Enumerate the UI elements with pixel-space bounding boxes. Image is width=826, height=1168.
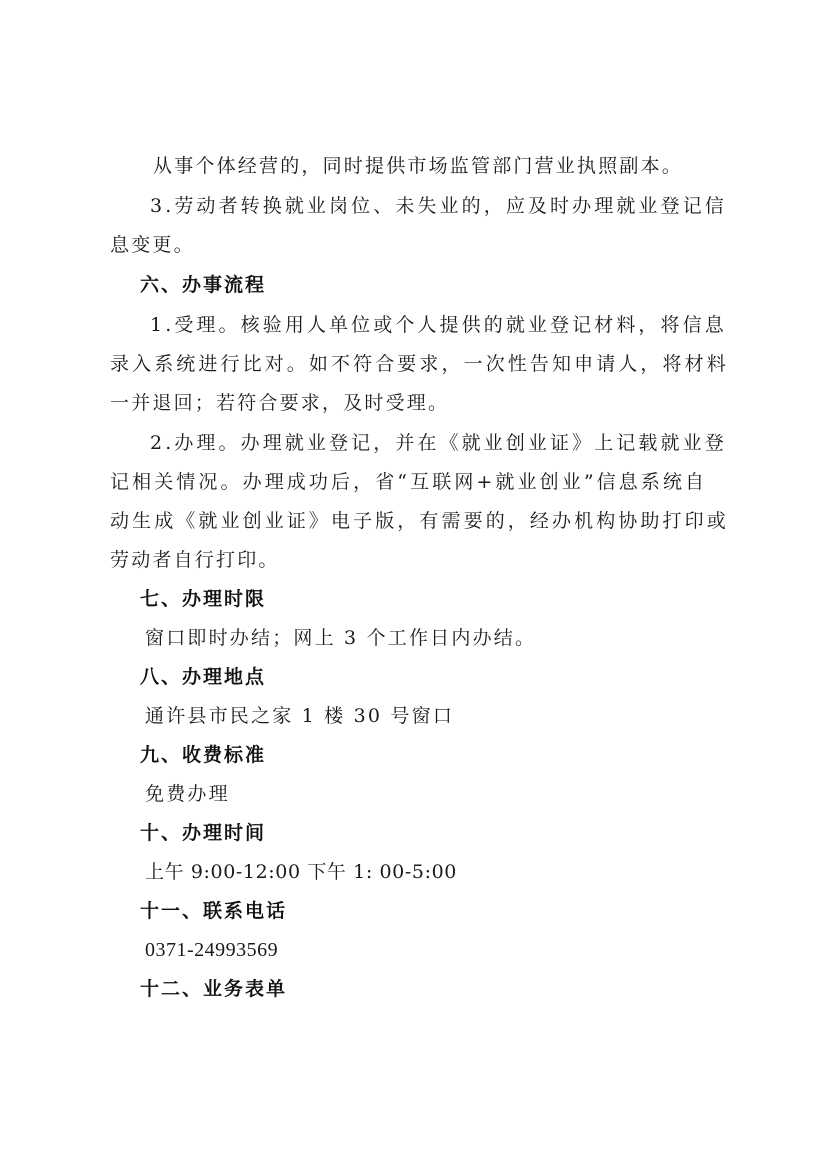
section-heading-fees: 九、收费标准: [140, 743, 266, 767]
phone-number: 0371-24993569: [145, 938, 278, 962]
section-heading-hours: 十、办理时间: [140, 821, 266, 845]
paragraph-line: 记相关情况。办理成功后，省“互联网+就业创业”信息系统自: [110, 470, 707, 494]
paragraph-line: 劳动者自行打印。: [110, 548, 280, 572]
paragraph-line: 录入系统进行比对。如不符合要求，一次性告知申请人，将材料: [110, 352, 729, 376]
time-limit-text: 窗口即时办结；网上 3 个工作日内办结。: [145, 626, 536, 650]
section-heading-procedure: 六、办事流程: [140, 273, 266, 297]
section-heading-time-limit: 七、办理时限: [140, 587, 266, 611]
paragraph-line: 一并退回；若符合要求，及时受理。: [110, 391, 449, 415]
paragraph-line: 动生成《就业创业证》电子版，有需要的，经办机构协助打印或: [110, 509, 729, 533]
paragraph-line: 2.办理。办理就业登记，并在《就业创业证》上记载就业登: [150, 431, 727, 455]
paragraph-line: 3.劳动者转换就业岗位、未失业的，应及时办理就业登记信: [150, 194, 727, 218]
paragraph-line: 息变更。: [110, 233, 195, 257]
fees-text: 免费办理: [145, 782, 230, 806]
section-heading-forms: 十二、业务表单: [140, 977, 287, 1001]
document-page: 从事个体经营的，同时提供市场监管部门营业执照副本。 3.劳动者转换就业岗位、未失…: [0, 0, 826, 1168]
paragraph-line: 1.受理。核验用人单位或个人提供的就业登记材料，将信息: [150, 313, 727, 337]
location-text: 通许县市民之家 1 楼 30 号窗口: [145, 704, 454, 728]
hours-text: 上午 9:00-12:00 下午 1: 00-5:00: [145, 860, 457, 884]
section-heading-phone: 十一、联系电话: [140, 899, 287, 923]
section-heading-location: 八、办理地点: [140, 665, 266, 689]
paragraph-line: 从事个体经营的，同时提供市场监管部门营业执照副本。: [153, 154, 683, 178]
